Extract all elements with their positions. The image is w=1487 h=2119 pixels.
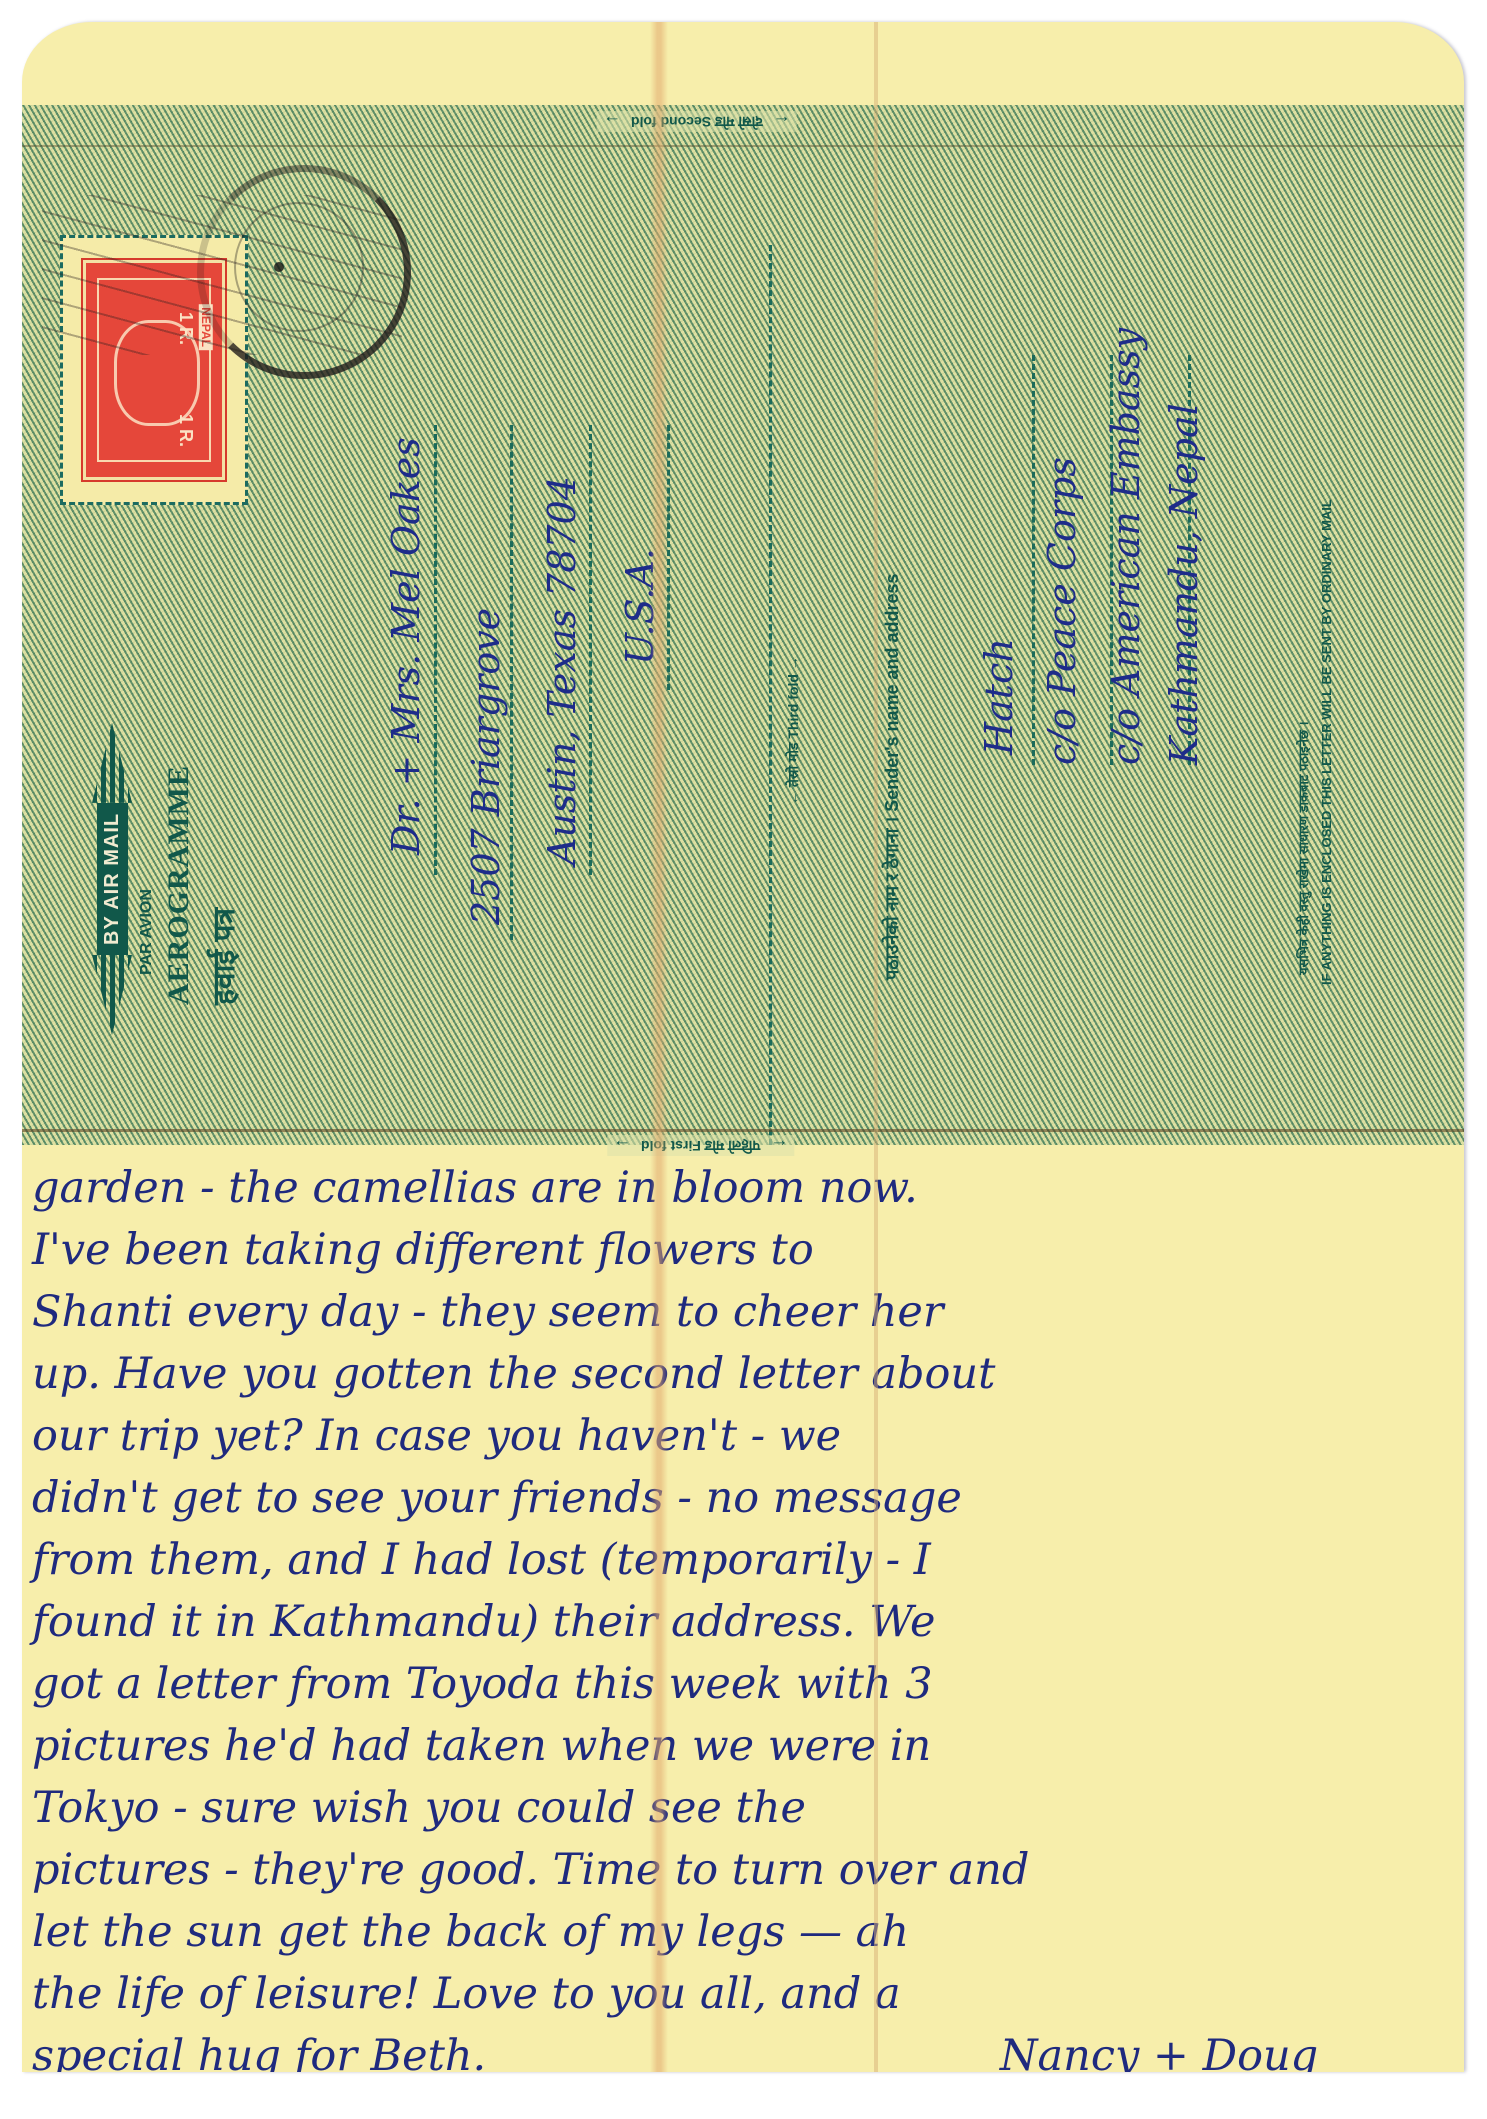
first-fold-text: पहिलो मोड First fold	[641, 1136, 760, 1155]
letter-closing: special hug for Beth.	[32, 2031, 486, 2072]
third-fold-label: ← तेस्रो मोड Third fold →	[784, 656, 803, 805]
letter-line: garden - the camellias are in bloom now.	[32, 1157, 1452, 1219]
by-air-mail-label: BY AIR MAIL	[97, 803, 128, 955]
postmark-inner-ring	[234, 202, 364, 332]
notice-nepali: यसभित्र केही वस्तु राखेमा साधारण डाकबाट …	[1294, 721, 1312, 975]
wing-left-icon	[92, 955, 132, 1035]
sender-label: पठाउनेको नाम र ठेगाना । Sender's name an…	[880, 573, 904, 980]
stamp-value-bottom: 1 R.	[175, 414, 196, 447]
notice-english: IF ANYTHING IS ENCLOSED THIS LETTER WILL…	[1319, 499, 1334, 985]
postmark-icon	[197, 165, 411, 379]
sender-name: Hatch	[977, 638, 1021, 755]
second-fold-text: दोस्रो मोड Second fold	[631, 112, 763, 131]
letter-line: special hug for Beth. Nancy + Doug	[32, 2025, 1452, 2072]
recipient-name: Dr. + Mrs. Mel Oakes	[384, 437, 428, 855]
letter-line: I've been taking different flowers to	[32, 1219, 1452, 1281]
recipient-city: Austin, Texas 78704	[540, 476, 584, 865]
sender-line-1	[1032, 355, 1037, 765]
letter-line: Tokyo - sure wish you could see the	[32, 1777, 1452, 1839]
recipient-street: 2507 Briargrove	[464, 608, 508, 925]
letter-line: from them, and I had lost (temporarily -…	[32, 1529, 1452, 1591]
arrow-left-icon: ←	[785, 791, 801, 805]
sender-line-peace-corps: c/o Peace Corps	[1040, 457, 1084, 765]
recipient-country: U.S.A.	[618, 548, 662, 665]
arrow-right-icon: →	[785, 656, 801, 670]
aerogramme-hindi-title: हवाई पत्र	[202, 723, 243, 1035]
arrow-right-icon: →	[613, 1135, 631, 1156]
second-fold-line	[22, 145, 1464, 147]
letter-body: garden - the camellias are in bloom now.…	[32, 1157, 1452, 2072]
postmark-dot	[274, 262, 284, 272]
arrow-left-icon: ←	[773, 111, 791, 132]
third-fold-line	[769, 245, 774, 1145]
letter-line: our trip yet? In case you haven't - we	[32, 1405, 1452, 1467]
third-fold-text: तेस्रो मोड Third fold	[785, 674, 801, 787]
sender-line-city: Kathmandu, Nepal	[1162, 403, 1206, 765]
arrow-left-icon: ←	[770, 1135, 788, 1156]
arrow-right-icon: →	[603, 111, 621, 132]
letter-line: didn't get to see your friends - no mess…	[32, 1467, 1452, 1529]
letter-line: let the sun get the back of my legs — ah	[32, 1901, 1452, 1963]
letter-line: got a letter from Toyoda this week with …	[32, 1653, 1452, 1715]
letter-line: pictures he'd had taken when we were in	[32, 1715, 1452, 1777]
aerogramme-title: AEROGRAMME	[162, 723, 196, 1035]
second-fold-label: ← दोस्रो मोड Second fold →	[597, 111, 797, 132]
wing-right-icon	[92, 723, 132, 803]
address-line-2	[510, 425, 515, 940]
first-fold-edge	[22, 1129, 1464, 1132]
sender-line-embassy: c/o American Embassy	[1104, 328, 1148, 765]
first-fold-label: ← पहिलो मोड First fold →	[607, 1135, 794, 1156]
letter-line: found it in Kathmandu) their address. We	[32, 1591, 1452, 1653]
address-line-1	[434, 425, 439, 875]
address-line-4	[667, 425, 672, 690]
aerogramme-sheet: ← दोस्रो मोड Second fold → 1 R. 1 R. NEP…	[22, 22, 1464, 2072]
by-air-mail-badge: BY AIR MAIL	[92, 723, 132, 1035]
airmail-logo: BY AIR MAIL PAR AVION AEROGRAMME हवाई पत…	[92, 723, 243, 1035]
par-avion-label: PAR AVION	[138, 723, 156, 1035]
address-line-3	[589, 425, 594, 875]
letter-line: Shanti every day - they seem to cheer he…	[32, 1281, 1452, 1343]
letter-line: pictures - they're good. Time to turn ov…	[32, 1839, 1452, 1901]
signature: Nancy + Doug	[500, 2031, 1318, 2072]
letter-line: the life of leisure! Love to you all, an…	[32, 1963, 1452, 2025]
address-panel: ← दोस्रो मोड Second fold → 1 R. 1 R. NEP…	[22, 105, 1464, 1145]
letter-line: up. Have you gotten the second letter ab…	[32, 1343, 1452, 1405]
